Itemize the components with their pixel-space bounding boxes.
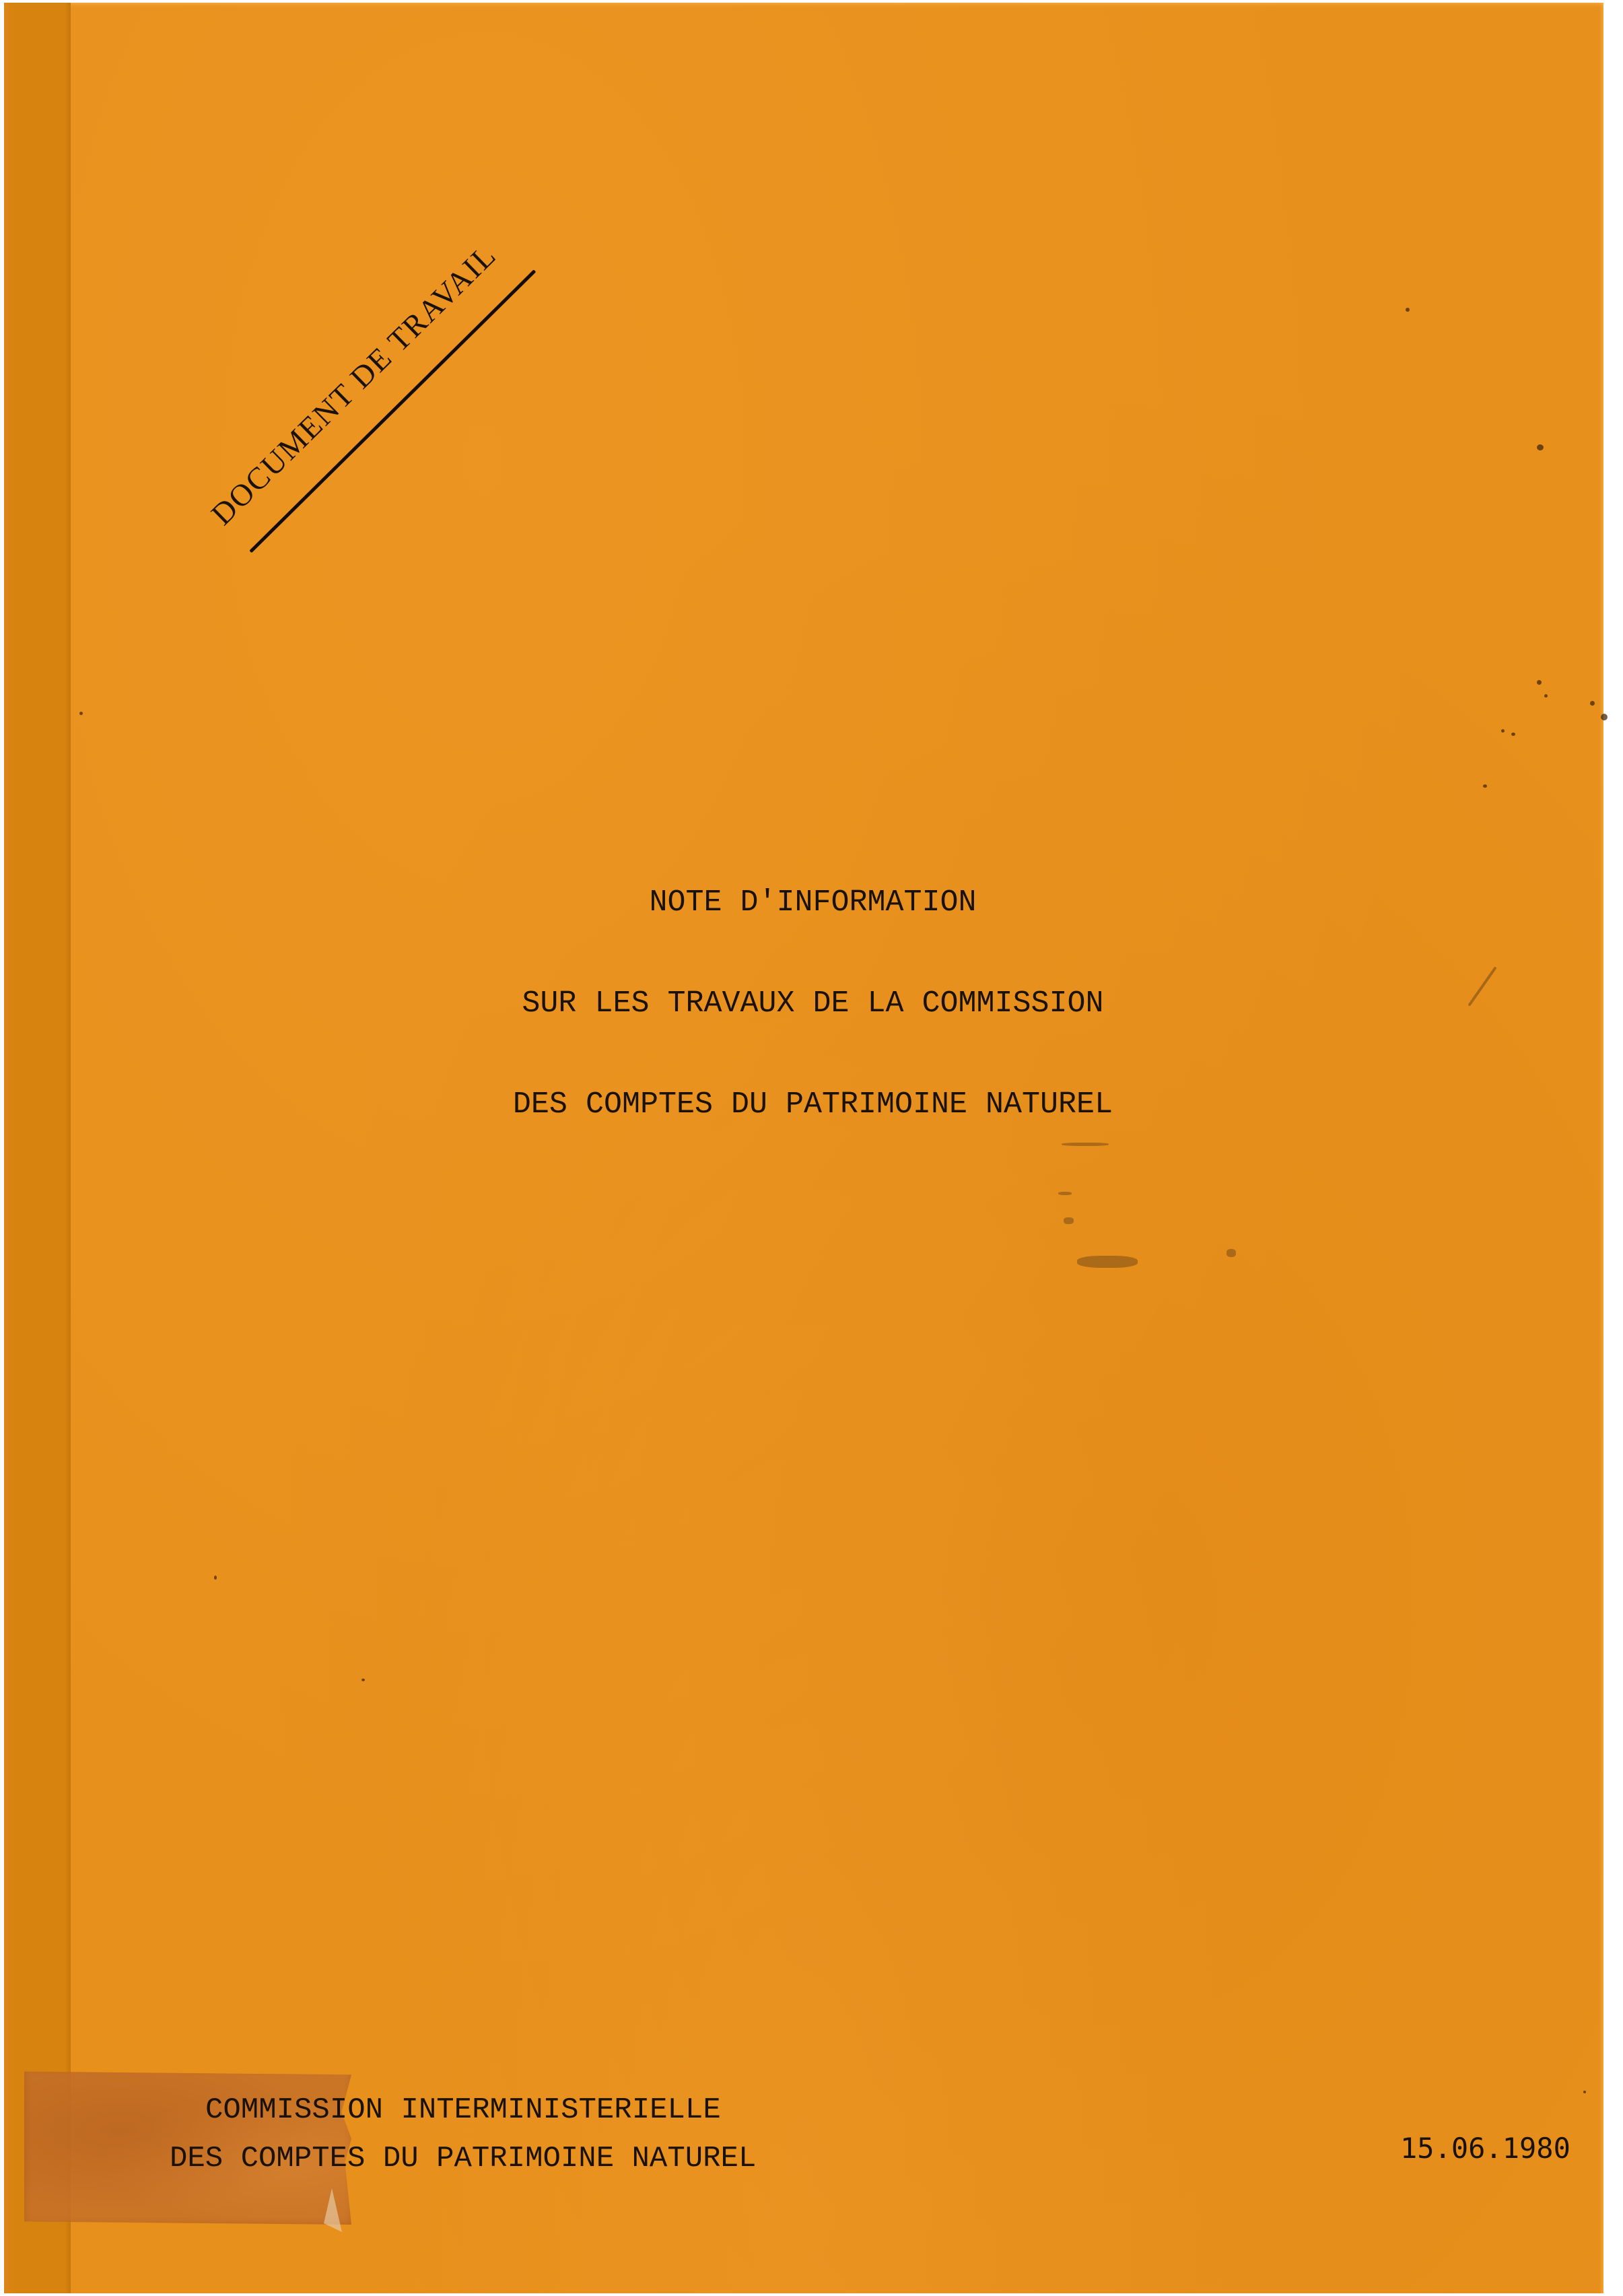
title-line-1: NOTE D'INFORMATION xyxy=(1,887,1623,918)
document-date: 15.06.1980 xyxy=(1400,2134,1570,2163)
ink-speck xyxy=(361,1679,365,1681)
ink-speck xyxy=(1501,729,1505,733)
ink-speck xyxy=(214,1576,217,1580)
author-line-2: DES COMPTES DU PATRIMOINE NATUREL xyxy=(170,2144,756,2173)
ink-speck xyxy=(1406,308,1410,312)
ink-speck xyxy=(1537,444,1544,450)
ink-speck xyxy=(1483,784,1487,788)
ink-smudge xyxy=(1064,1217,1074,1224)
ink-smudge xyxy=(1077,1256,1138,1268)
ink-speck xyxy=(1590,701,1595,706)
ink-speck xyxy=(1511,733,1515,736)
ink-speck xyxy=(79,712,83,715)
title-line-3: DES COMPTES DU PATRIMOINE NATUREL xyxy=(1,1089,1623,1120)
ink-speck xyxy=(1537,680,1542,685)
author-line-1: COMMISSION INTERMINISTERIELLE xyxy=(205,2095,721,2125)
ink-smudge xyxy=(1062,1143,1109,1146)
cover-page xyxy=(4,3,1603,2293)
binding-spine xyxy=(4,3,71,2293)
ink-smudge xyxy=(1227,1249,1236,1257)
ink-speck xyxy=(1583,2091,1586,2093)
ink-speck xyxy=(1544,694,1548,698)
ink-smudge xyxy=(1058,1192,1072,1195)
ink-speck xyxy=(1601,714,1608,720)
title-line-2: SUR LES TRAVAUX DE LA COMMISSION xyxy=(1,988,1623,1019)
